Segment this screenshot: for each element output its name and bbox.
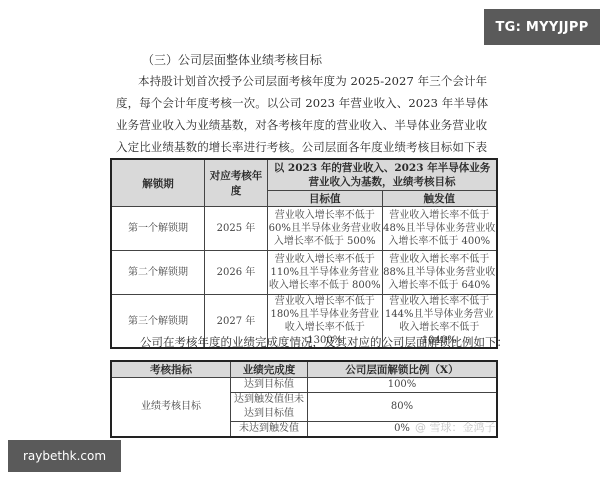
- performance-target-table: 解锁期 对应考核年度 以 2023 年的营业收入、2023 年半导体业务营业收入…: [110, 158, 498, 349]
- header-completion: 业绩完成度: [231, 361, 308, 378]
- watermark: @ 雪球：金鸿子: [415, 419, 496, 435]
- header-trigger: 触发值: [382, 191, 497, 207]
- cell-period: 第二个解锁期: [111, 251, 205, 295]
- header-year: 对应考核年度: [205, 159, 268, 207]
- cell-ratio: 80%: [308, 393, 498, 422]
- cell-period: 第一个解锁期: [111, 207, 205, 251]
- cell-completion: 未达到触发值: [231, 422, 308, 438]
- cell-completion: 达到触发值但未达到目标值: [231, 393, 308, 422]
- cell-target: 营业收入增长率不低于 110%且半导体业务营业收入增长率不低于 800%: [268, 251, 383, 295]
- site-badge: raybethk.com: [8, 440, 121, 472]
- header-indicator: 考核指标: [111, 361, 231, 378]
- tg-badge: TG: MYYJJPP: [484, 9, 600, 45]
- header-target: 目标值: [268, 191, 383, 207]
- unlock-ratio-lead: 公司在考核年度的业绩完成度情况，及其对应的公司层面解锁比例如下：: [140, 334, 508, 350]
- section-heading: （三）公司层面整体业绩考核目标: [142, 51, 322, 68]
- header-period: 解锁期: [111, 159, 205, 207]
- cell-completion: 达到目标值: [231, 378, 308, 393]
- cell-target: 营业收入增长率不低于 60%且半导体业务营业收入增长率不低于 500%: [268, 207, 383, 251]
- table-row: 业绩考核目标 达到目标值 100%: [111, 378, 497, 393]
- cell-year: 2026 年: [205, 251, 268, 295]
- header-ratio: 公司层面解锁比例（X）: [308, 361, 498, 378]
- table-row: 第二个解锁期 2026 年 营业收入增长率不低于 110%且半导体业务营业收入增…: [111, 251, 497, 295]
- cell-trigger: 营业收入增长率不低于 48%且半导体业务营业收入增长率不低于 400%: [382, 207, 497, 251]
- header-group: 以 2023 年的营业收入、2023 年半导体业务营业收入为基数，业绩考核目标: [268, 159, 498, 191]
- cell-year: 2025 年: [205, 207, 268, 251]
- table-row: 第一个解锁期 2025 年 营业收入增长率不低于 60%且半导体业务营业收入增长…: [111, 207, 497, 251]
- cell-trigger: 营业收入增长率不低于 88%且半导体业务营业收入增长率不低于 640%: [382, 251, 497, 295]
- cell-ratio: 100%: [308, 378, 498, 393]
- cell-indicator: 业绩考核目标: [111, 378, 231, 438]
